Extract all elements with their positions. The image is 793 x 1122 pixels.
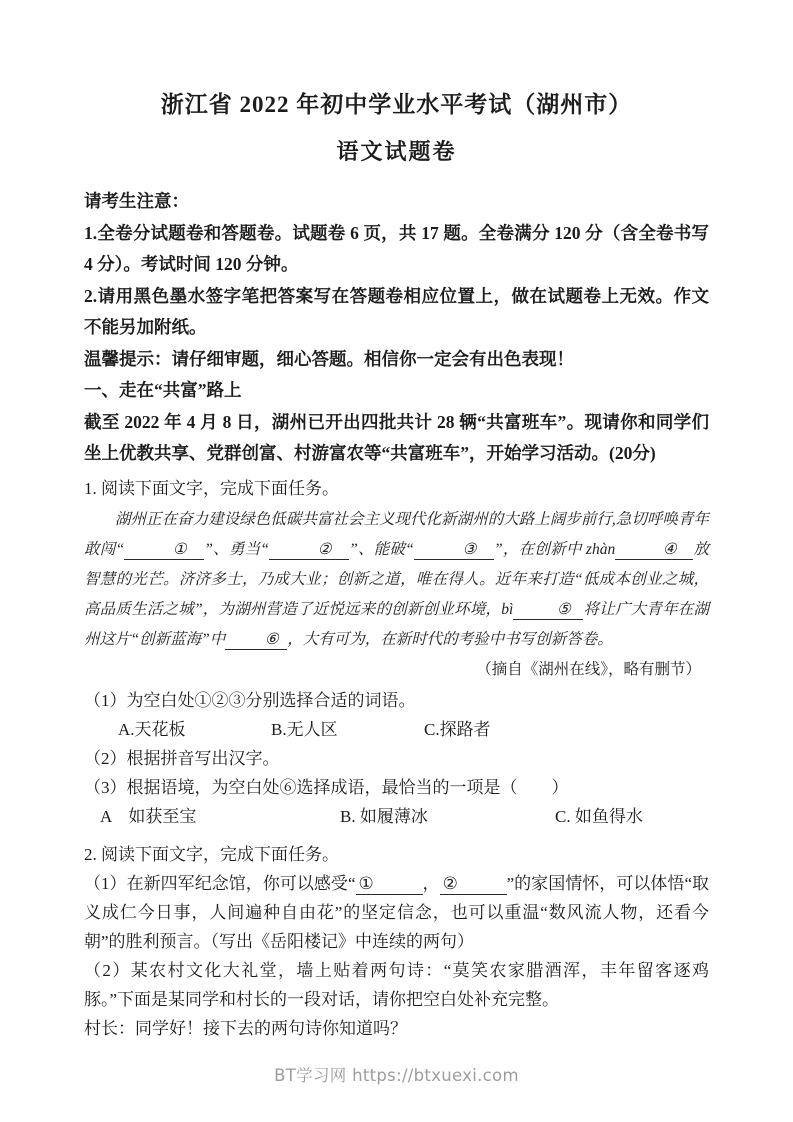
page-title: 浙江省 2022 年初中学业水平考试（湖州市）: [84, 86, 709, 119]
option-c: C. 如鱼得水: [555, 802, 643, 831]
question-1-sub-3: （3）根据语境，为空白处⑥选择成语，最恰当的一项是（ ）: [84, 773, 709, 802]
passage-text-6: ”，在创新中 zhàn: [494, 541, 615, 558]
section-1-heading: 一、走在“共富”路上: [84, 375, 709, 407]
option-a: A.天花板: [118, 715, 271, 744]
passage-text-12: ，大有可为，在新时代的考验中书写创新答卷。: [287, 631, 613, 648]
question-1-attribution: （摘自《湖州在线》，略有删节）: [84, 656, 701, 684]
notice-heading: 请考生注意：: [84, 186, 709, 218]
question-1-sub-3-options: A 如获至宝 B. 如履薄冰 C. 如鱼得水: [84, 802, 709, 831]
exam-page: 浙江省 2022 年初中学业水平考试（湖州市） 语文试题卷 请考生注意： 1.全…: [0, 0, 793, 1043]
option-a: A 如获至宝: [100, 802, 340, 831]
question-2-label: 2. 阅读下面文字，完成下面任务。: [84, 840, 709, 869]
option-b: B.无人区: [271, 715, 424, 744]
blank-underline-③: ③: [414, 541, 494, 561]
question-1-sub-1: （1）为空白处①②③分别选择合适的词语。: [84, 686, 709, 715]
passage-text-2: ”、勇当“: [204, 541, 269, 558]
blank-underline-②: ②: [269, 541, 349, 561]
page-subtitle: 语文试题卷: [84, 135, 709, 166]
blank-underline-①: ①: [124, 541, 204, 561]
notice-tip: 温馨提示：请仔细审题，细心答题。相信你一定会有出色表现！: [84, 344, 709, 376]
option-c: C.探路者: [424, 715, 577, 744]
footer-watermark: BT学习网 https://btxuexi.com: [0, 1062, 793, 1086]
blank-underline-⑤: ⑤: [513, 601, 583, 621]
question-2-dialog-village-head: 村长：同学好！接下去的两句诗你知道吗？: [84, 1014, 709, 1043]
question-1-sub-2: （2）根据拼音写出汉字。: [84, 744, 709, 773]
passage-text-4: ”、能破“: [349, 541, 414, 558]
question-1-sub-1-options: A.天花板 B.无人区 C.探路者: [84, 715, 709, 744]
passage-text-2: ，: [423, 874, 440, 893]
option-b: B. 如履薄冰: [340, 802, 555, 831]
question-1-passage: 湖州正在奋力建设绿色低碳共富社会主义现代化新湖州的大路上阔步前行,急切呼唤青年敢…: [84, 505, 709, 655]
question-2-sub-1: （1）在新四军纪念馆，你可以感受“①，②”的家国情怀，可以体悟“取义成仁今日事，…: [84, 869, 709, 956]
question-1-label: 1. 阅读下面文字，完成下面任务。: [84, 474, 709, 503]
passage-text-0: （1）在新四军纪念馆，你可以感受“: [84, 874, 356, 893]
question-2-sub-2: （2）某农村文化大礼堂，墙上贴着两句诗：“莫笑农家腊酒浑，丰年留客逐鸡豚。”下面…: [84, 956, 709, 1014]
blank-underline-②: ②: [440, 874, 507, 896]
notice-item-2: 2.请用黑色墨水签字笔把答案写在答题卷相应位置上，做在试题卷上无效。作文不能另加…: [84, 281, 709, 344]
blank-underline-④: ④: [615, 541, 693, 561]
notice-item-1: 1.全卷分试题卷和答题卷。试题卷 6 页，共 17 题。全卷满分 120 分（含…: [84, 218, 709, 281]
blank-underline-①: ①: [356, 874, 423, 896]
section-1-intro: 截至 2022 年 4 月 8 日，湖州已开出四批共计 28 辆“共富班车”。现…: [84, 407, 709, 470]
blank-underline-⑥: ⑥: [225, 631, 287, 651]
